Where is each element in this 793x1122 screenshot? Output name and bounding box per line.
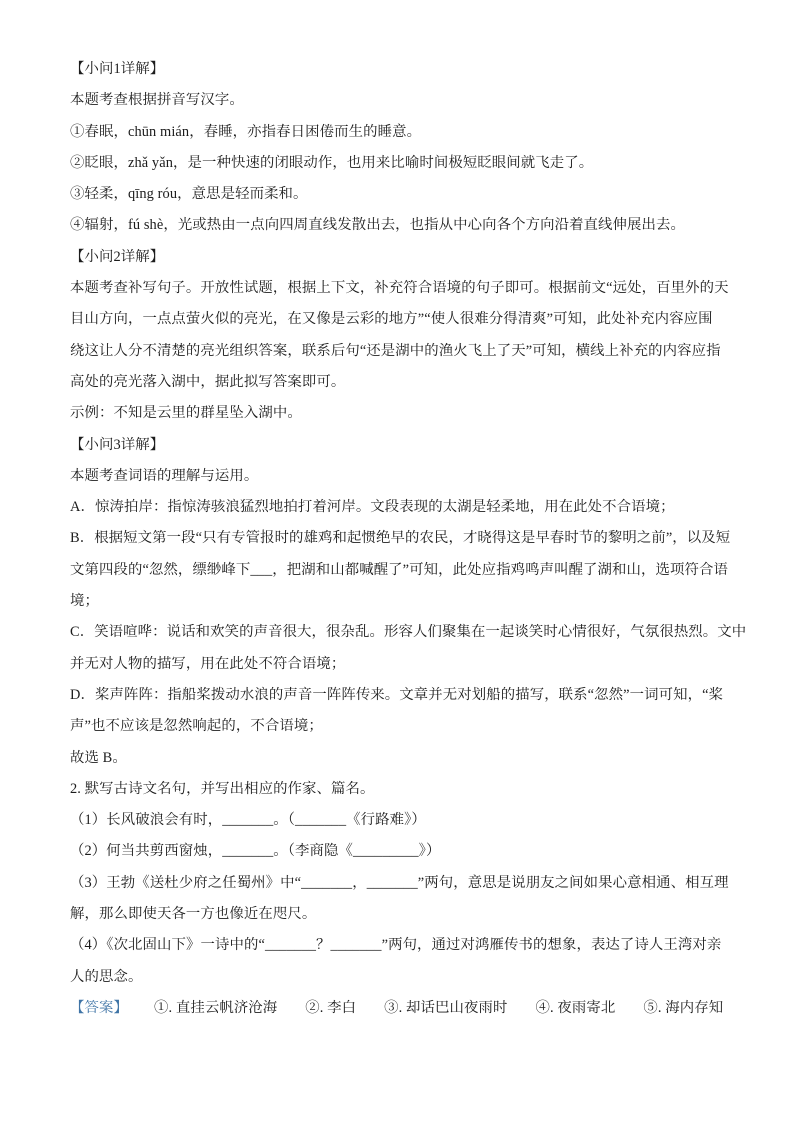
- answer-label: 【答案】: [70, 1000, 128, 1016]
- subq2-example: 示例：不知是云里的群星坠入湖中。: [70, 398, 735, 429]
- subq2-para-line3: 绕这让人分不清楚的亮光组织答案，联系后句“还是湖中的渔火飞上了天”可知，横线上补…: [70, 336, 735, 367]
- answer-item: ④. 夜雨寄北: [536, 1000, 616, 1016]
- q2-item1: （1）长风破浪会有时，_______。（_______《行路难》）: [70, 805, 735, 836]
- subq3-intro: 本题考查词语的理解与运用。: [70, 461, 735, 492]
- option-b-line3: 境；: [70, 586, 735, 617]
- option-d-line1: D．桨声阵阵：指船桨拨动水浪的声音一阵阵传来。文章并无对划船的描写，联系“忽然”…: [70, 680, 735, 711]
- subq1-item2: ②眨眼，zhǎ yǎn，是一种快速的闭眼动作，也用来比喻时间极短眨眼间就飞走了。: [70, 148, 735, 179]
- conclusion: 故选 B。: [70, 743, 735, 774]
- subq2-para-line1: 本题考查补写句子。开放性试题，根据上下文，补充符合语境的句子即可。根据前文“远处…: [70, 273, 735, 304]
- subq3-heading: 【小问3详解】: [70, 430, 735, 461]
- q2-item2: （2）何当共剪西窗烛，_______。（李商隐《_________》）: [70, 836, 735, 867]
- subq1-heading: 【小问1详解】: [70, 54, 735, 85]
- subq2-para-line2: 目山方向，一点点萤火似的亮光，在又像是云彩的地方”“使人很难分得清爽”可知，此处…: [70, 304, 735, 335]
- subq2-para-line4: 高处的亮光落入湖中，据此拟写答案即可。: [70, 367, 735, 398]
- q2-item3-line2: 解，那么即使天各一方也像近在咫尺。: [70, 899, 735, 930]
- q2-item4-line1: （4）《次北固山下》一诗中的“_______？_______”两句，通过对鸿雁传…: [70, 930, 735, 961]
- option-a: A．惊涛拍岸：指惊涛骇浪猛烈地拍打着河岸。文段表现的太湖是轻柔地，用在此处不合语…: [70, 492, 735, 523]
- question2-stem: 2. 默写古诗文名句，并写出相应的作家、篇名。: [70, 774, 735, 805]
- option-d-line2: 声”也不应该是忽然响起的，不合语境；: [70, 711, 735, 742]
- option-b-line1: B．根据短文第一段“只有专管报时的雄鸡和起惯绝早的农民，才晓得这是早春时节的黎明…: [70, 523, 735, 554]
- option-b-line2: 文第四段的“忽然，缥缈峰下___，把湖和山都喊醒了”可知，此处应指鸡鸣声叫醒了湖…: [70, 555, 735, 586]
- option-c-line2: 并无对人物的描写，用在此处不符合语境；: [70, 649, 735, 680]
- subq1-item3: ③轻柔，qīng róu，意思是轻而柔和。: [70, 179, 735, 210]
- q2-item4-line2: 人的思念。: [70, 962, 735, 993]
- q2-item3-line1: （3）王勃《送杜少府之任蜀州》中“_______，_______”两句，意思是说…: [70, 868, 735, 899]
- subq1-item4: ④辐射，fú shè，光或热由一点向四周直线发散出去，也指从中心向各个方向沿着直…: [70, 210, 735, 241]
- answer-item: ②. 李白: [305, 1000, 356, 1016]
- answer-line: 【答案】①. 直挂云帆济沧海②. 李白③. 却话巴山夜雨时④. 夜雨寄北⑤. 海…: [70, 993, 735, 1024]
- document-body: 【小问1详解】本题考查根据拼音写汉字。①春眠，chūn mián，春睡，亦指春日…: [70, 54, 735, 1024]
- subq2-heading: 【小问2详解】: [70, 242, 735, 273]
- subq1-intro: 本题考查根据拼音写汉字。: [70, 85, 735, 116]
- option-c-line1: C．笑语喧哗：说话和欢笑的声音很大，很杂乱。形容人们聚集在一起谈笑时心情很好，气…: [70, 617, 735, 648]
- answer-item: ⑤. 海内存知: [643, 1000, 723, 1016]
- subq1-item1: ①春眠，chūn mián，春睡，亦指春日困倦而生的睡意。: [70, 117, 735, 148]
- answer-item: ①. 直挂云帆济沧海: [154, 1000, 277, 1016]
- answer-item: ③. 却话巴山夜雨时: [384, 1000, 507, 1016]
